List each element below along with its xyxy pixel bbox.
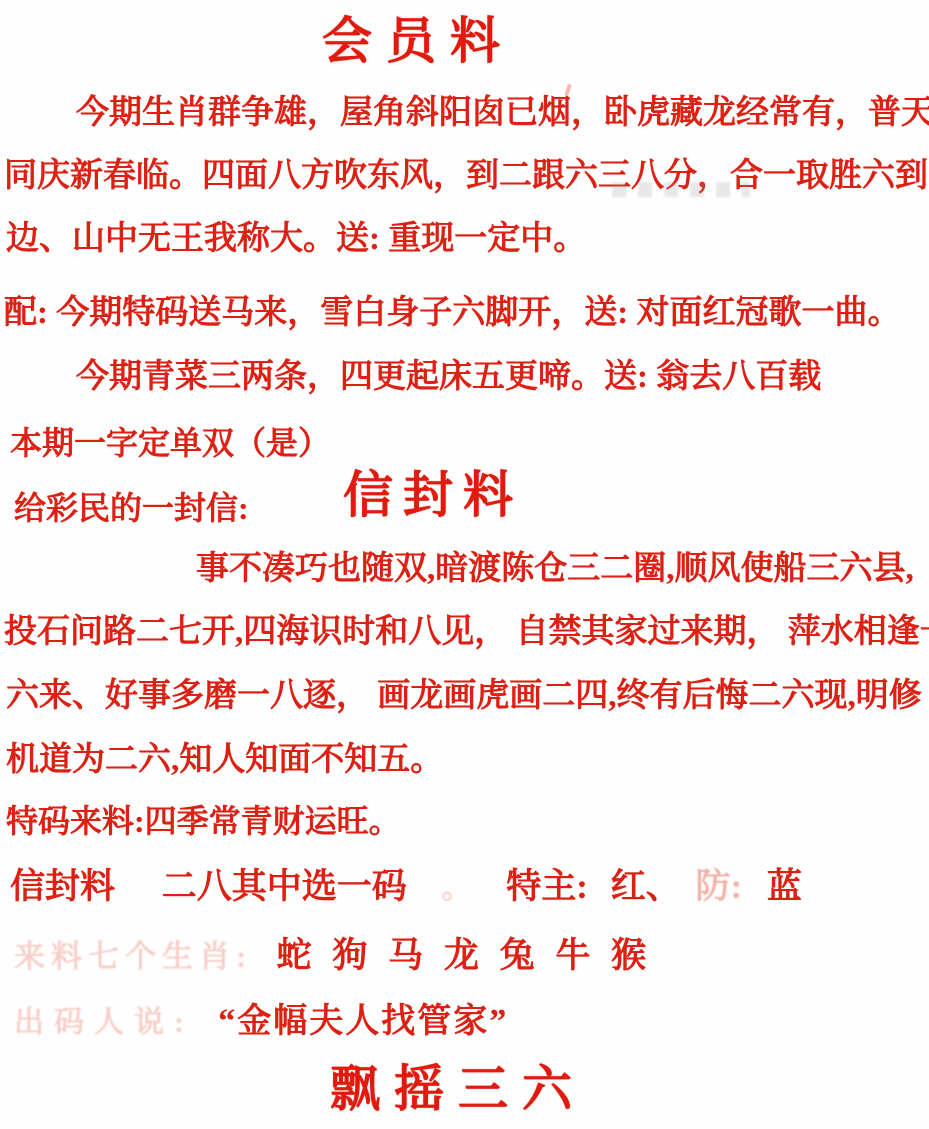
envelope-paragraph-line-1: 事不凑巧也随双,暗渡陈仓三二圈,顺风使船三六县, (196, 553, 914, 586)
quote-row: 出码人说: “金幅夫人找管家” (14, 1005, 508, 1039)
special-number-line: 特码来料:四季常青财运旺。 (6, 805, 401, 837)
member-paragraph-line-1: 今期生肖群争雄，屋角斜阳囱已烟，卧虎藏龙经常有，普天 (76, 97, 929, 130)
zodiac-prefix: 来料七个生肖: (14, 941, 252, 972)
pick-fang-label: 防: (695, 869, 742, 904)
envelope-paragraph-line-3: 六来、好事多磨一八逐， 画龙画虎画二四,终有后悔二六现,明修 (6, 680, 922, 713)
pick-text: 二八其中选一码 (162, 869, 407, 904)
member-section-title-text: 会员料 (322, 16, 514, 66)
pick-red-value: 红、 (611, 869, 681, 904)
quote-text: “金幅夫人找管家” (218, 1005, 508, 1039)
odd-even-line: 本期一字定单双（是） (10, 427, 330, 459)
envelope-paragraph-line-2: 投石问路二七开,四海识时和八见， 自禁其家过来期， 萍水相逢一 (4, 616, 929, 649)
zodiac-row: 来料七个生肖: 蛇 狗 马 龙 兔 牛 猴 (14, 938, 652, 974)
member-paragraph-line-3: 边、山中无王我称大。送: 重现一定中。 (6, 223, 586, 256)
pick-blue-value: 蓝 (767, 869, 802, 904)
member-greens-line: 今期青菜三两条，四更起床五更啼。送: 翁去八百载 (76, 361, 821, 394)
footer-title: 飘摇三六 (330, 1064, 586, 1114)
pick-separator: 。 (442, 874, 472, 904)
scanned-tip-sheet: 会员料 今期生肖群争雄，屋角斜阳囱已烟，卧虎藏龙经常有，普天 同庆新春临。四面八… (0, 0, 929, 1129)
envelope-section-title: 信封料 (343, 470, 523, 520)
member-pair-line: 配: 今期特码送马来，雪白身子六脚开，送: 对面红冠歌一曲。 (4, 297, 900, 330)
zodiac-animals: 蛇 狗 马 龙 兔 牛 猴 (277, 938, 653, 973)
pick-label: 信封料 (10, 869, 115, 904)
quote-prefix: 出码人说: (14, 1008, 194, 1038)
scan-smudge-artifact (612, 182, 750, 197)
pick-row: 信封料 二八其中选一码 。 特主: 红、 防: 蓝 (10, 869, 802, 904)
member-paragraph-line-2: 同庆新春临。四面八方吹东风，到二跟六三八分，合一取胜六到 (4, 160, 928, 193)
pick-tezhu-label: 特主: (506, 869, 588, 904)
letter-intro-label: 给彩民的一封信: (14, 492, 249, 524)
envelope-paragraph-line-4: 机道为二六,知人知面不知五。 (6, 744, 443, 777)
